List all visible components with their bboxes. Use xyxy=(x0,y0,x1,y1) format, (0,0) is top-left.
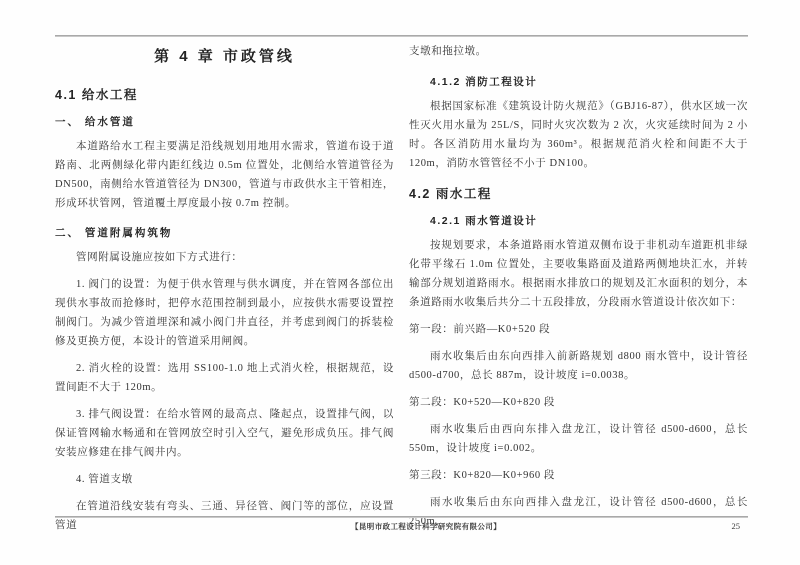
paragraph-continuation: 支墩和拖拉墩。 xyxy=(409,42,748,61)
paragraph-fire-design: 根据国家标准《建筑设计防火规范》（GBJ16-87），供水区域一次性灭火用水量为… xyxy=(409,97,748,173)
segment-1-title: 第一段：前兴路—K0+520 段 xyxy=(409,320,748,339)
footer-company-name: 【昆明市政工程设计科学研究院有限公司】 xyxy=(351,521,501,532)
footer-page-number: 25 xyxy=(732,521,741,531)
document-page: 第 4 章 市政管线 4.1 给水工程 一、 给水管道 本道路给水工程主要满足沿… xyxy=(0,0,800,565)
subsection-heading-appurtenances: 二、 管道附属构筑物 xyxy=(55,226,394,240)
paragraph-water-intro: 本道路给水工程主要满足沿线规划用地用水需求，管道布设于道路南、北两侧绿化带内距红… xyxy=(55,137,394,213)
segment-2-description: 雨水收集后由西向东排入盘龙江，设计管径 d500-d600，总长 550m，设计… xyxy=(409,420,748,458)
section-heading-4-2-1: 4.2.1 雨水管道设计 xyxy=(409,214,748,228)
numbered-item-air-valves: 3. 排气阀设置：在给水管网的最高点、隆起点，设置排气阀，以保证管网输水畅通和在… xyxy=(55,405,394,462)
footer-rule xyxy=(55,516,748,518)
subsection-heading-water-pipe: 一、 给水管道 xyxy=(55,115,394,129)
paragraph-appurtenances-lead: 管网附属设施应按如下方式进行： xyxy=(55,248,394,267)
segment-1-description: 雨水收集后由东向西排入前新路规划 d800 雨水管中，设计管径 d500-d70… xyxy=(409,347,748,385)
right-column: 支墩和拖拉墩。 4.1.2 消防工程设计 根据国家标准《建筑设计防火规范》（GB… xyxy=(409,40,748,535)
left-column: 第 4 章 市政管线 4.1 给水工程 一、 给水管道 本道路给水工程主要满足沿… xyxy=(55,40,394,535)
paragraph-rainwater-design: 按规划要求，本条道路雨水管道双侧布设于非机动车道距机非绿化带平缘石 1.0m 位… xyxy=(409,236,748,312)
header-rule xyxy=(55,35,748,37)
section-heading-4-2: 4.2 雨水工程 xyxy=(409,187,748,201)
numbered-item-hydrants: 2. 消火栓的设置：选用 SS100-1.0 地上式消火栓，根据规范，设置间距不… xyxy=(55,359,394,397)
section-heading-4-1: 4.1 给水工程 xyxy=(55,88,394,102)
section-heading-4-1-2: 4.1.2 消防工程设计 xyxy=(409,75,748,89)
chapter-title: 第 4 章 市政管线 xyxy=(55,46,394,68)
two-column-layout: 第 4 章 市政管线 4.1 给水工程 一、 给水管道 本道路给水工程主要满足沿… xyxy=(55,40,748,535)
numbered-item-pipe-buttress: 4. 管道支墩 xyxy=(55,470,394,489)
segment-2-title: 第二段：K0+520—K0+820 段 xyxy=(409,393,748,412)
segment-3-title: 第三段：K0+820—K0+960 段 xyxy=(409,466,748,485)
numbered-item-valves: 1. 阀门的设置：为便于供水管理与供水调度，并在管网各部位出现供水事故而抢修时，… xyxy=(55,275,394,351)
